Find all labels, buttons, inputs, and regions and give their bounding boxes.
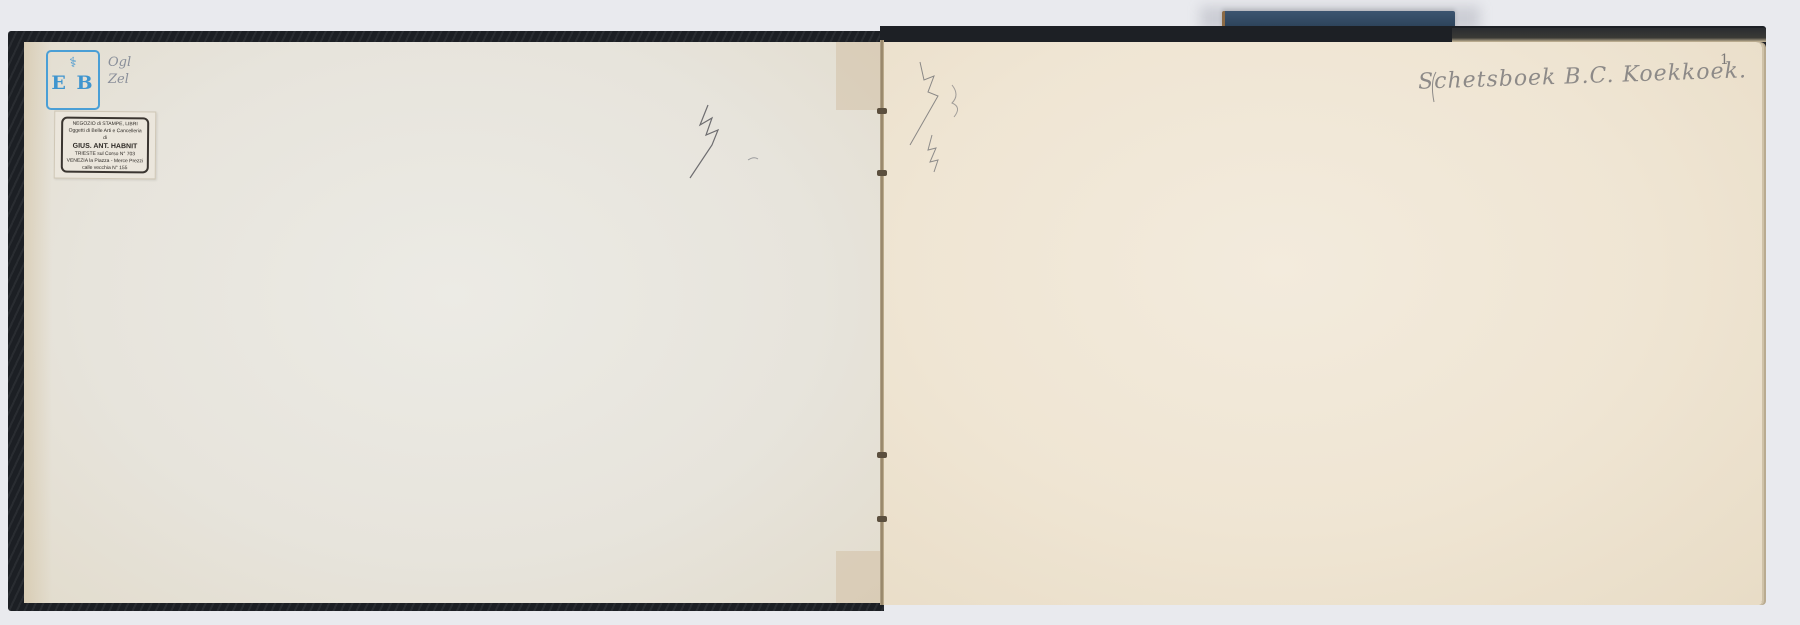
dealer-label: NEGOZIO di STAMPE, LIBRI Oggetti di Bell… [54,111,157,180]
dealer-label-frame: NEGOZIO di STAMPE, LIBRI Oggetti di Bell… [61,117,149,174]
shelfmark-line: Zel [108,71,168,88]
binding-stitch [877,170,887,176]
sketchbook-photo: ⚕ E B Ogl Zel NEGOZIO di STAMPE, LIBRI O… [0,0,1800,625]
right-board-top-edge [1452,28,1766,42]
left-edge-stain [24,42,52,603]
binding-stitch [877,108,887,114]
right-page [884,42,1762,605]
label-line: calle vecchia N° 155 [65,165,145,173]
glue-stain-top [836,42,882,110]
stamp-letters: E B [48,72,98,94]
glue-stain-bottom [836,551,882,603]
binding-stitch [877,516,887,522]
library-stamp: ⚕ E B [46,50,100,110]
page-number: 1 [1720,52,1729,68]
caduceus-icon: ⚕ [48,54,98,72]
shelfmark-line: Ogl [108,54,168,71]
binding-stitch [877,452,887,458]
shelfmark: Ogl Zel [108,54,168,88]
